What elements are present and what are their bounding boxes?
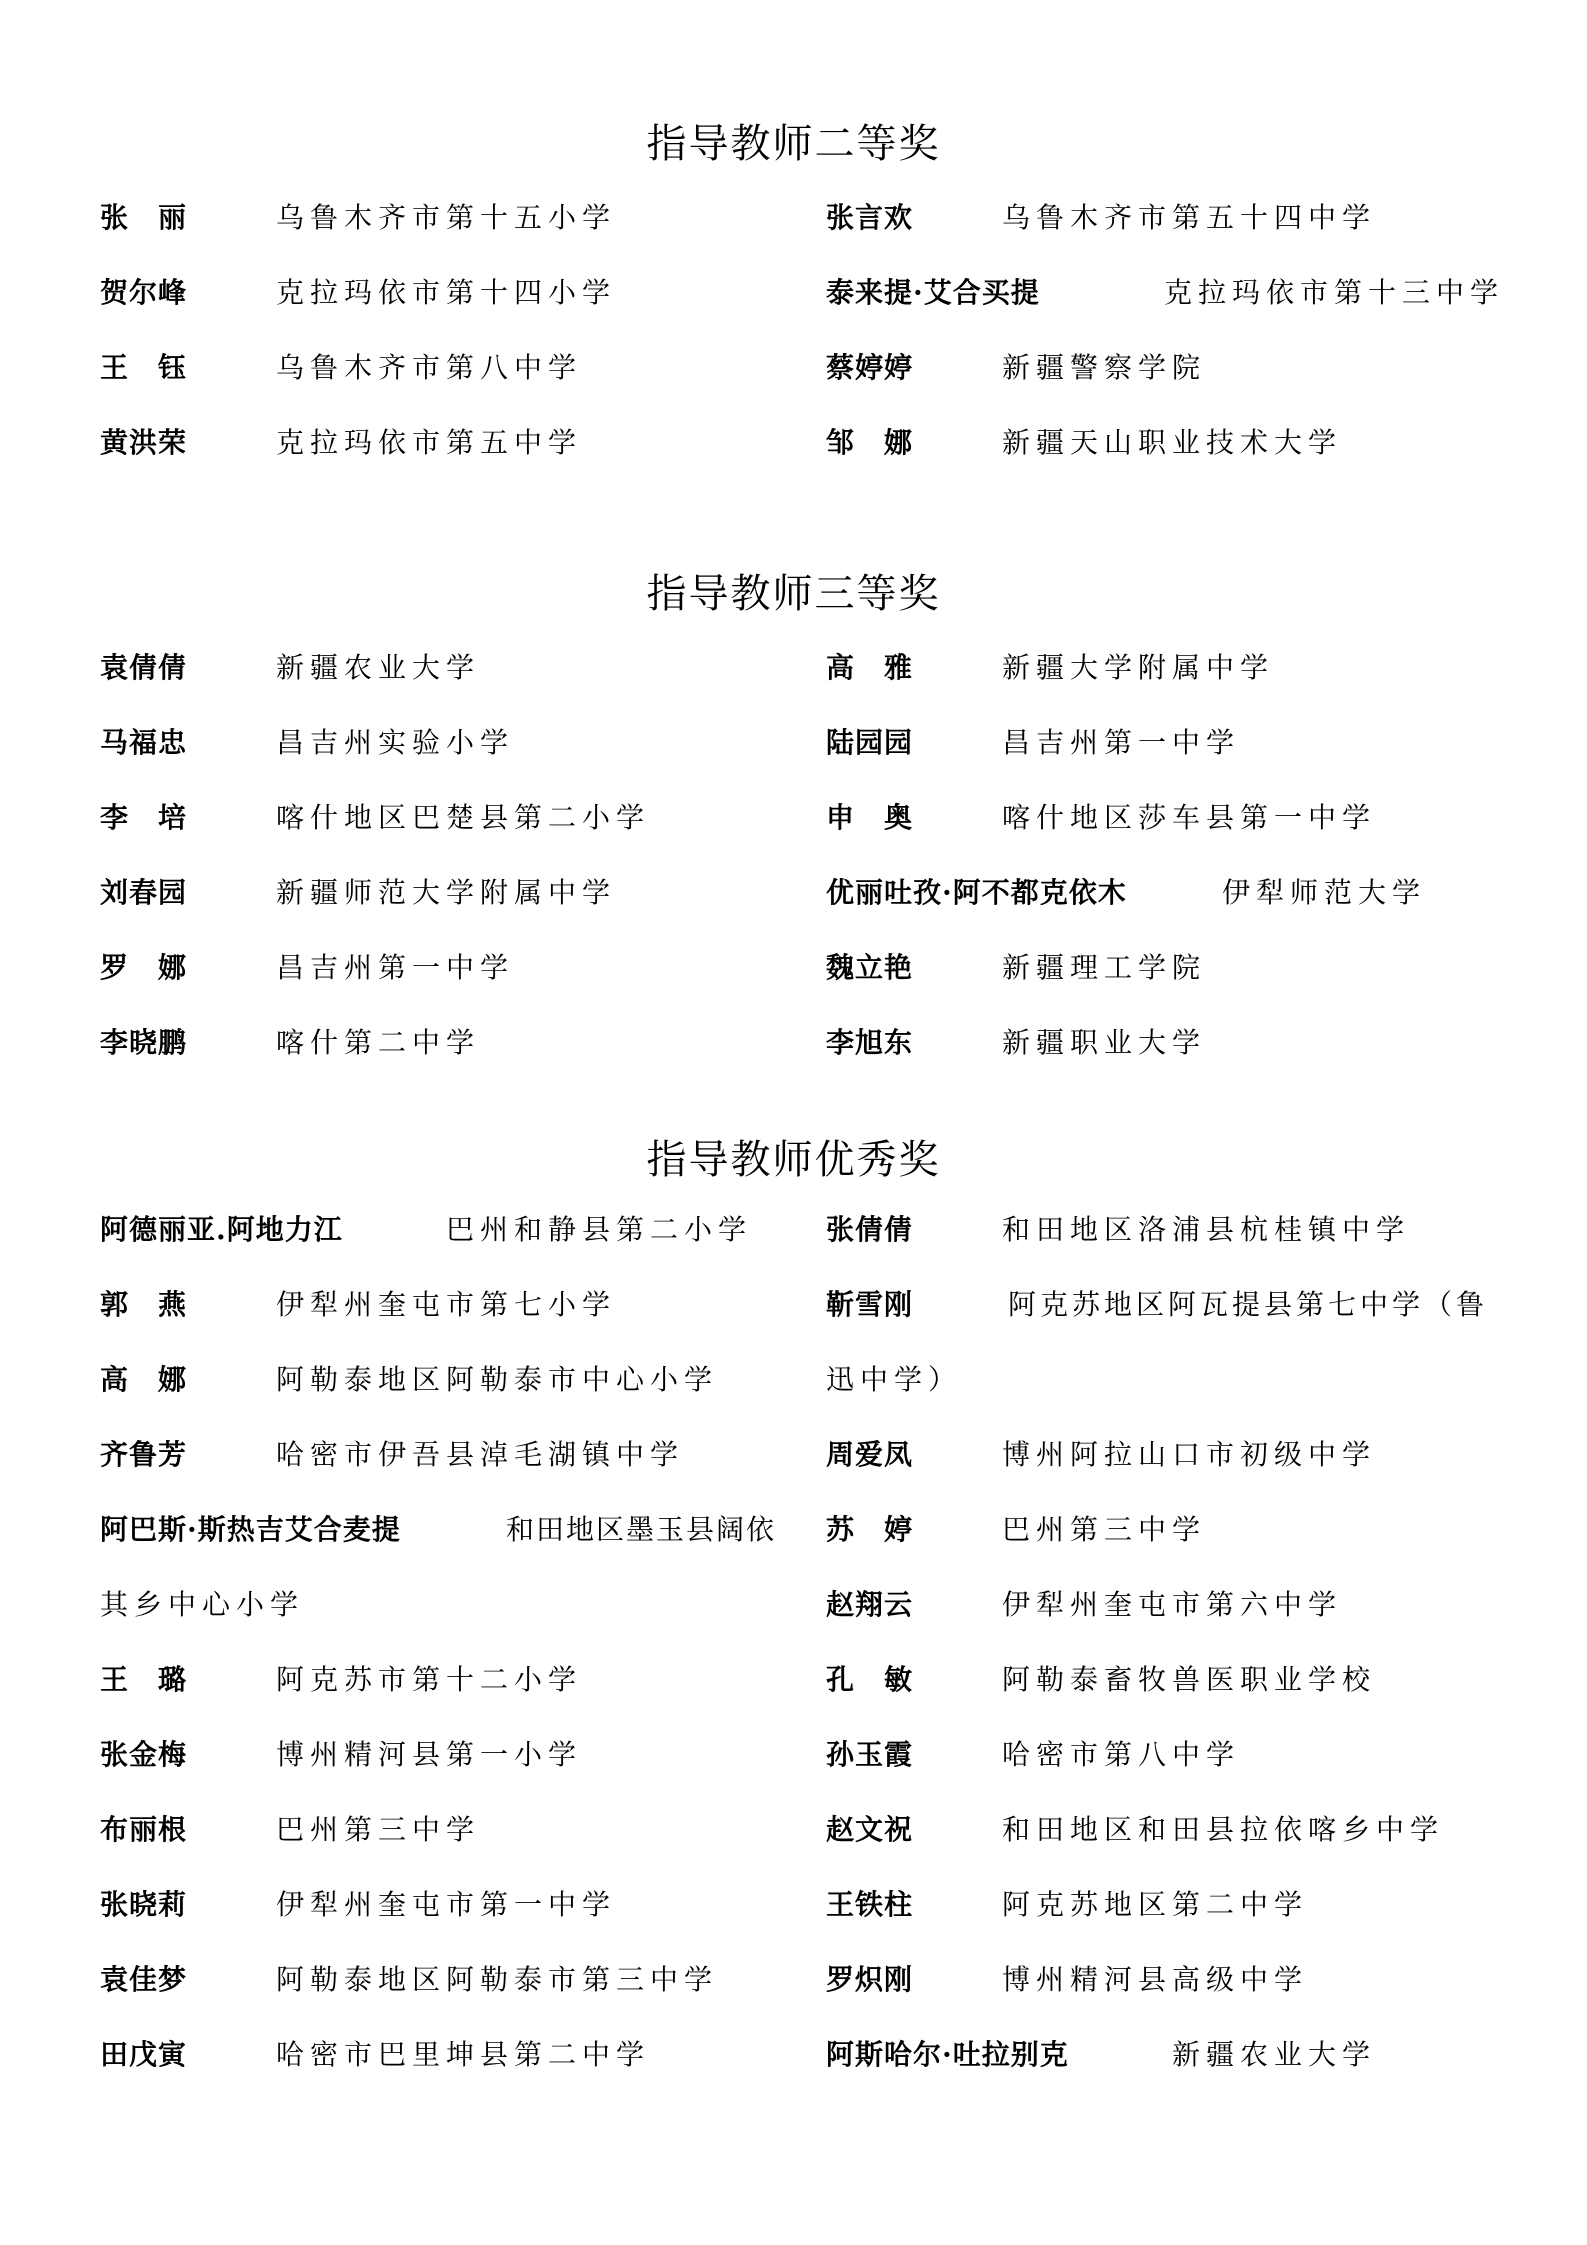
school-name: 喀什地区莎车县第一中学: [1002, 798, 1376, 838]
school-name: 新疆职业大学: [1002, 1023, 1206, 1063]
school-name: 新疆警察学院: [1002, 348, 1206, 388]
school-name-continuation: 其乡中心小学: [100, 1585, 304, 1625]
school-name: 昌吉州实验小学: [276, 723, 514, 763]
school-name: 阿克苏地区第二中学: [1002, 1885, 1308, 1925]
school-name: 喀什第二中学: [276, 1023, 480, 1063]
teacher-name: 田戊寅: [100, 2035, 187, 2075]
teacher-name: 邹 娜: [826, 423, 913, 463]
teacher-name: 阿巴斯·斯热吉艾合麦提: [100, 1510, 401, 1550]
teacher-name: 王铁柱: [826, 1885, 913, 1925]
school-name: 克拉玛依市第十四小学: [276, 273, 616, 313]
teacher-name: 赵文祝: [826, 1810, 913, 1850]
school-name: 博州精河县第一小学: [276, 1735, 582, 1775]
school-name: 伊犁州奎屯市第七小学: [276, 1285, 616, 1325]
school-name: 乌鲁木齐市第十五小学: [276, 198, 616, 238]
school-name: 克拉玛依市第五中学: [276, 423, 582, 463]
teacher-name: 贺尔峰: [100, 273, 187, 313]
teacher-name: 张言欢: [826, 198, 913, 238]
school-name: 新疆农业大学: [276, 648, 480, 688]
school-name: 阿克苏地区阿瓦提县第七中学（鲁: [1008, 1285, 1488, 1325]
teacher-name: 高 娜: [100, 1360, 187, 1400]
school-name: 克拉玛依市第十三中学: [1164, 273, 1504, 313]
school-name: 乌鲁木齐市第五十四中学: [1002, 198, 1376, 238]
teacher-name: 张 丽: [100, 198, 187, 238]
school-name: 和田地区洛浦县杭桂镇中学: [1002, 1210, 1410, 1250]
school-name: 昌吉州第一中学: [276, 948, 514, 988]
section-title-third-prize: 指导教师三等奖: [0, 562, 1587, 619]
school-name: 哈密市第八中学: [1002, 1735, 1240, 1775]
teacher-name: 黄洪荣: [100, 423, 187, 463]
teacher-name: 申 奥: [826, 798, 913, 838]
teacher-name: 蔡婷婷: [826, 348, 913, 388]
school-name: 伊犁州奎屯市第六中学: [1002, 1585, 1342, 1625]
teacher-name: 李旭东: [826, 1023, 913, 1063]
school-name: 博州阿拉山口市初级中学: [1002, 1435, 1376, 1475]
school-name: 新疆理工学院: [1002, 948, 1206, 988]
school-name: 伊犁师范大学: [1222, 873, 1426, 913]
school-name: 哈密市巴里坤县第二中学: [276, 2035, 650, 2075]
school-name: 哈密市伊吾县淖毛湖镇中学: [276, 1435, 684, 1475]
teacher-name: 魏立艳: [826, 948, 913, 988]
teacher-name: 孙玉霞: [826, 1735, 913, 1775]
teacher-name: 高 雅: [826, 648, 913, 688]
teacher-name: 王 璐: [100, 1660, 187, 1700]
teacher-name: 李 培: [100, 798, 187, 838]
school-name: 乌鲁木齐市第八中学: [276, 348, 582, 388]
teacher-name: 张倩倩: [826, 1210, 913, 1250]
school-name: 喀什地区巴楚县第二小学: [276, 798, 650, 838]
school-name: 新疆大学附属中学: [1002, 648, 1274, 688]
school-name: 阿勒泰地区阿勒泰市中心小学: [276, 1360, 718, 1400]
teacher-name: 周爱凤: [826, 1435, 913, 1475]
teacher-name: 苏 婷: [826, 1510, 913, 1550]
teacher-name: 阿德丽亚.阿地力江: [100, 1210, 343, 1250]
teacher-name: 泰来提·艾合买提: [826, 273, 1040, 313]
teacher-name: 布丽根: [100, 1810, 187, 1850]
teacher-name: 优丽吐孜·阿不都克依木: [826, 873, 1127, 913]
teacher-name: 赵翔云: [826, 1585, 913, 1625]
teacher-name: 张晓莉: [100, 1885, 187, 1925]
school-name: 阿勒泰地区阿勒泰市第三中学: [276, 1960, 718, 2000]
school-name: 阿克苏市第十二小学: [276, 1660, 582, 1700]
school-name: 和田地区墨玉县阔依: [506, 1510, 776, 1550]
teacher-name: 王 钰: [100, 348, 187, 388]
teacher-name: 袁倩倩: [100, 648, 187, 688]
school-name-continuation: 迅中学）: [826, 1360, 962, 1400]
teacher-name: 郭 燕: [100, 1285, 187, 1325]
school-name: 新疆师范大学附属中学: [276, 873, 616, 913]
section-title-second-prize: 指导教师二等奖: [0, 112, 1587, 169]
school-name: 和田地区和田县拉依喀乡中学: [1002, 1810, 1444, 1850]
teacher-name: 靳雪刚: [826, 1285, 913, 1325]
school-name: 巴州第三中学: [1002, 1510, 1206, 1550]
school-name: 阿勒泰畜牧兽医职业学校: [1002, 1660, 1376, 1700]
teacher-name: 马福忠: [100, 723, 187, 763]
school-name: 伊犁州奎屯市第一中学: [276, 1885, 616, 1925]
school-name: 巴州第三中学: [276, 1810, 480, 1850]
school-name: 昌吉州第一中学: [1002, 723, 1240, 763]
teacher-name: 李晓鹏: [100, 1023, 187, 1063]
school-name: 巴州和静县第二小学: [446, 1210, 752, 1250]
teacher-name: 齐鲁芳: [100, 1435, 187, 1475]
school-name: 新疆天山职业技术大学: [1002, 423, 1342, 463]
teacher-name: 陆园园: [826, 723, 913, 763]
teacher-name: 罗炽刚: [826, 1960, 913, 2000]
teacher-name: 孔 敏: [826, 1660, 913, 1700]
teacher-name: 阿斯哈尔·吐拉别克: [826, 2035, 1069, 2075]
teacher-name: 罗 娜: [100, 948, 187, 988]
school-name: 博州精河县高级中学: [1002, 1960, 1308, 2000]
section-title-excellence-award: 指导教师优秀奖: [0, 1128, 1587, 1185]
teacher-name: 张金梅: [100, 1735, 187, 1775]
teacher-name: 袁佳梦: [100, 1960, 187, 2000]
award-list-page: 指导教师二等奖 张 丽 乌鲁木齐市第十五小学 贺尔峰 克拉玛依市第十四小学 王 …: [0, 0, 1587, 2245]
teacher-name: 刘春园: [100, 873, 187, 913]
school-name: 新疆农业大学: [1172, 2035, 1376, 2075]
